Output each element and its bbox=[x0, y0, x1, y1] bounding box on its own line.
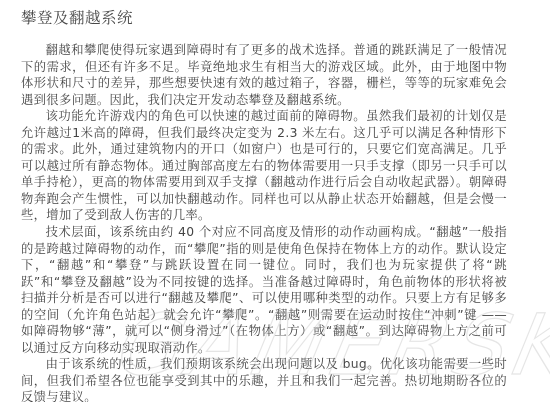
paragraph-closing: 由于该系统的性质，我们预期该系统会出现问题以及 bug。优化该功能需要一些时间，… bbox=[21, 356, 507, 402]
article-title: 攀登及翻越系统 bbox=[21, 6, 507, 30]
paragraph-technical: 技术层面，该系统由约 40 个对应不同高度及情形的动作动画构成。“翻越”一般指的… bbox=[21, 224, 507, 356]
paragraph-intro: 翻越和攀爬使得玩家遇到障碍时有了更多的战术选择。普通的跳跃满足了一般情况下的需求… bbox=[21, 42, 507, 108]
article: 攀登及翻越系统 翻越和攀爬使得玩家遇到障碍时有了更多的战术选择。普通的跳跃满足了… bbox=[21, 6, 507, 402]
paragraph-function: 该功能允许游戏内的角色可以快速的越过面前的障碍物。虽然我们最初的计划仅是允许越过… bbox=[21, 108, 507, 224]
